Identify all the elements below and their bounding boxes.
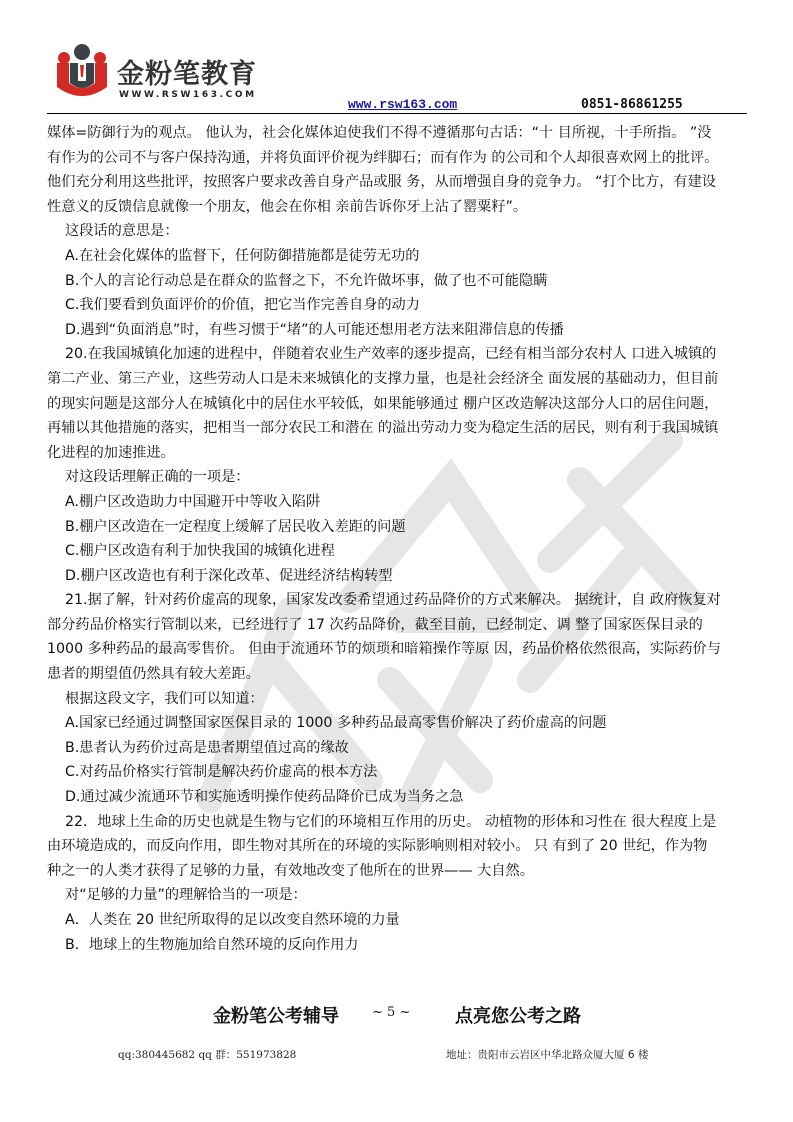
option-c: C.对药品价格实行管制是解决药价虚高的根本方法: [47, 760, 747, 785]
question-prompt: 根据这段文字，我们可以知道：: [47, 687, 747, 712]
question-text: 20.在我国城镇化加速的进程中，伴随着农业生产效率的逐步提高，已经有相当部分农村…: [47, 342, 747, 367]
website-link[interactable]: www.rsw163.com: [348, 97, 457, 112]
option-c: C.我们要看到负面评价的价值，把它当作完善自身的动力: [47, 293, 747, 318]
question-text: 第二产业、第三产业，这些劳动人口是未来城镇化的支撑力量，也是社会经济全 面发展的…: [47, 367, 747, 392]
question-text: 部分药品价格实行管制以来，已经进行了 17 次药品降价，截至目前，已经制定、调 …: [47, 613, 747, 638]
option-b: B.棚户区改造在一定程度上缓解了居民收入差距的问题: [47, 515, 747, 540]
intro-line: 媒体=防御行为的观点。 他认为，社会化媒体迫使我们不得不遵循那句古话：“十 目所…: [47, 121, 747, 146]
option-d: D.棚户区改造也有利于深化改革、促进经济结构转型: [47, 564, 747, 589]
option-c: C.棚户区改造有利于加快我国的城镇化进程: [47, 539, 747, 564]
question-prompt: 对“足够的力量”的理解恰当的一项是：: [47, 883, 747, 908]
option-a: A.在社会化媒体的监督下，任何防御措施都是徒劳无功的: [47, 244, 747, 269]
question-text: 21.据了解，针对药价虚高的现象，国家发改委希望通过药品降价的方式来解决。 据统…: [47, 588, 747, 613]
intro-line: 有作为的公司不与客户保持沟通，并将负面评价视为绊脚石；而有作为 的公司和个人却很…: [47, 146, 747, 171]
option-d: D.通过减少流通环节和实施透明操作使药品降价已成为当务之急: [47, 785, 747, 810]
footer-contact: qq:380445682 qq 群：551973828 地址：贵阳市云岩区中华北…: [0, 1047, 793, 1067]
question-text: 再辅以其他措施的落实，把相当一部分农民工和潜在 的溢出劳动力变为稳定生活的居民，…: [47, 416, 747, 441]
intro-line: 他们充分利用这些批评，按照客户要求改善自身产品或服 务，从而增强自身的竞争力。 …: [47, 170, 747, 195]
qq-contact: qq:380445682 qq 群：551973828: [118, 1047, 296, 1062]
question-text: 种之一的人类才获得了足够的力量，有效地改变了他所在的世界—— 大自然。: [47, 859, 747, 884]
option-b: B.患者认为药价过高是患者期望值过高的缘故: [47, 736, 747, 761]
document-body: 媒体=防御行为的观点。 他认为，社会化媒体迫使我们不得不遵循那句古话：“十 目所…: [47, 121, 747, 957]
logo-icon: [55, 43, 109, 101]
option-b: B．地球上的生物施加给自然环境的反向作用力: [47, 933, 747, 958]
question-text: 的现实问题是这部分人在城镇化中的居住水平较低，如果能够通过 棚户区改造解决这部分…: [47, 392, 747, 417]
brand-name: 金粉笔教育: [117, 52, 257, 91]
phone-number: 0851-86861255: [581, 97, 683, 112]
address: 地址：贵阳市云岩区中华北路众厦大厦 6 楼: [446, 1047, 648, 1062]
page-header: 金粉笔教育 WWW.RSW163.COM www.rsw163.com 0851…: [47, 30, 747, 114]
option-d: D.遇到“负面消息”时，有些习惯于“堵”的人可能还想用老方法来阻滞信息的传播: [47, 318, 747, 343]
header-divider: [47, 113, 747, 114]
page-footer: 金粉笔公考辅导 ~ 5 ~ 点亮您公考之路: [0, 1002, 793, 1032]
option-a: A.国家已经通过调整国家医保目录的 1000 多种药品最高零售价解决了药价虚高的…: [47, 711, 747, 736]
question-text: 由环境造成的，而反向作用，即生物对其所在的环境的实际影响则相对较小。 只 有到了…: [47, 834, 747, 859]
option-a: A.棚户区改造助力中国避开中等收入陷阱: [47, 490, 747, 515]
option-a: A．人类在 20 世纪所取得的足以改变自然环境的力量: [47, 908, 747, 933]
question-prompt: 对这段话理解正确的一项是：: [47, 465, 747, 490]
footer-slogan-left: 金粉笔公考辅导: [213, 1002, 339, 1028]
question-prompt: 这段话的意思是：: [47, 219, 747, 244]
option-b: B.个人的言论行动总是在群众的监督之下，不允许做坏事，做了也不可能隐瞒: [47, 269, 747, 294]
question-text: 1000 多种药品的最高零售价。 但由于流通环节的烦琐和暗箱操作等原 因，药品价…: [47, 637, 747, 662]
question-text: 患者的期望值仍然具有较大差距。: [47, 662, 747, 687]
footer-slogan-right: 点亮您公考之路: [455, 1002, 581, 1028]
intro-line: 性意义的反馈信息就像一个朋友，他会在你相 亲前告诉你牙上沾了罂粟籽”。: [47, 195, 747, 220]
page-number: ~ 5 ~: [372, 1005, 410, 1020]
question-text: 化进程的加速推进。: [47, 441, 747, 466]
question-text: 22．地球上生命的历史也就是生物与它们的环境相互作用的历史。 动植物的形体和习性…: [47, 810, 747, 835]
brand-url: WWW.RSW163.COM: [119, 90, 257, 100]
